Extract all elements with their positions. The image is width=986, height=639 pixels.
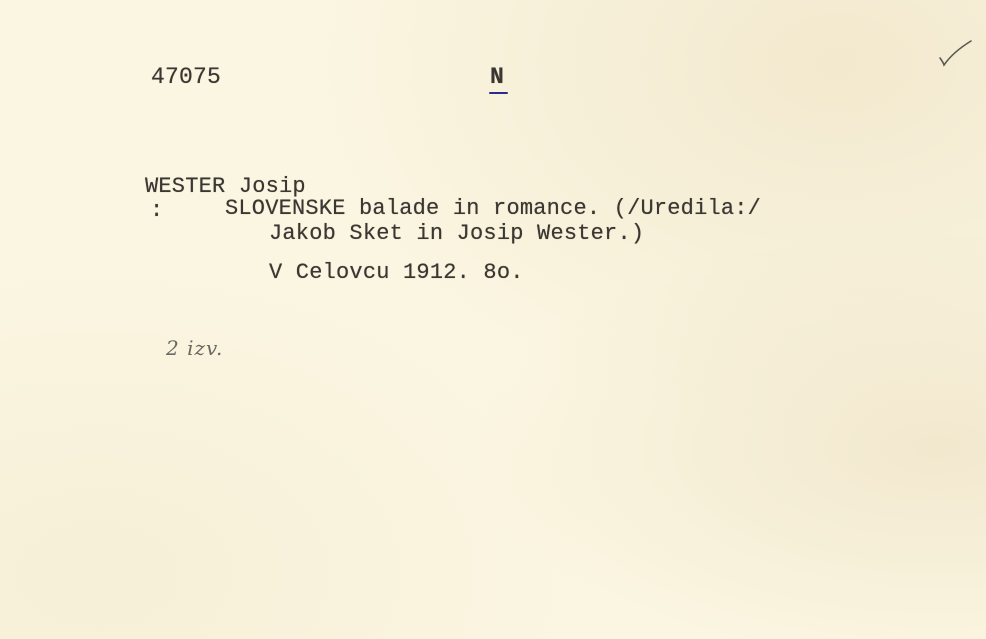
accession-number: 47075 — [151, 66, 221, 89]
collection-mark: N — [490, 66, 504, 89]
entry-separator: : — [150, 200, 163, 222]
handwritten-note: 2 izv. — [166, 336, 223, 360]
title-line-2: Jakob Sket in Josip Wester.) — [269, 223, 644, 245]
collection-mark-underline — [489, 92, 508, 94]
checkmark-icon — [937, 38, 973, 68]
author-heading: WESTER Josip — [145, 176, 306, 198]
catalog-card: 47075 N WESTER Josip : SLOVENSKE balade … — [0, 0, 986, 639]
title-line-1: SLOVENSKE balade in romance. (/Uredila:/ — [225, 198, 761, 220]
imprint-line: V Celovcu 1912. 8o. — [269, 262, 524, 284]
